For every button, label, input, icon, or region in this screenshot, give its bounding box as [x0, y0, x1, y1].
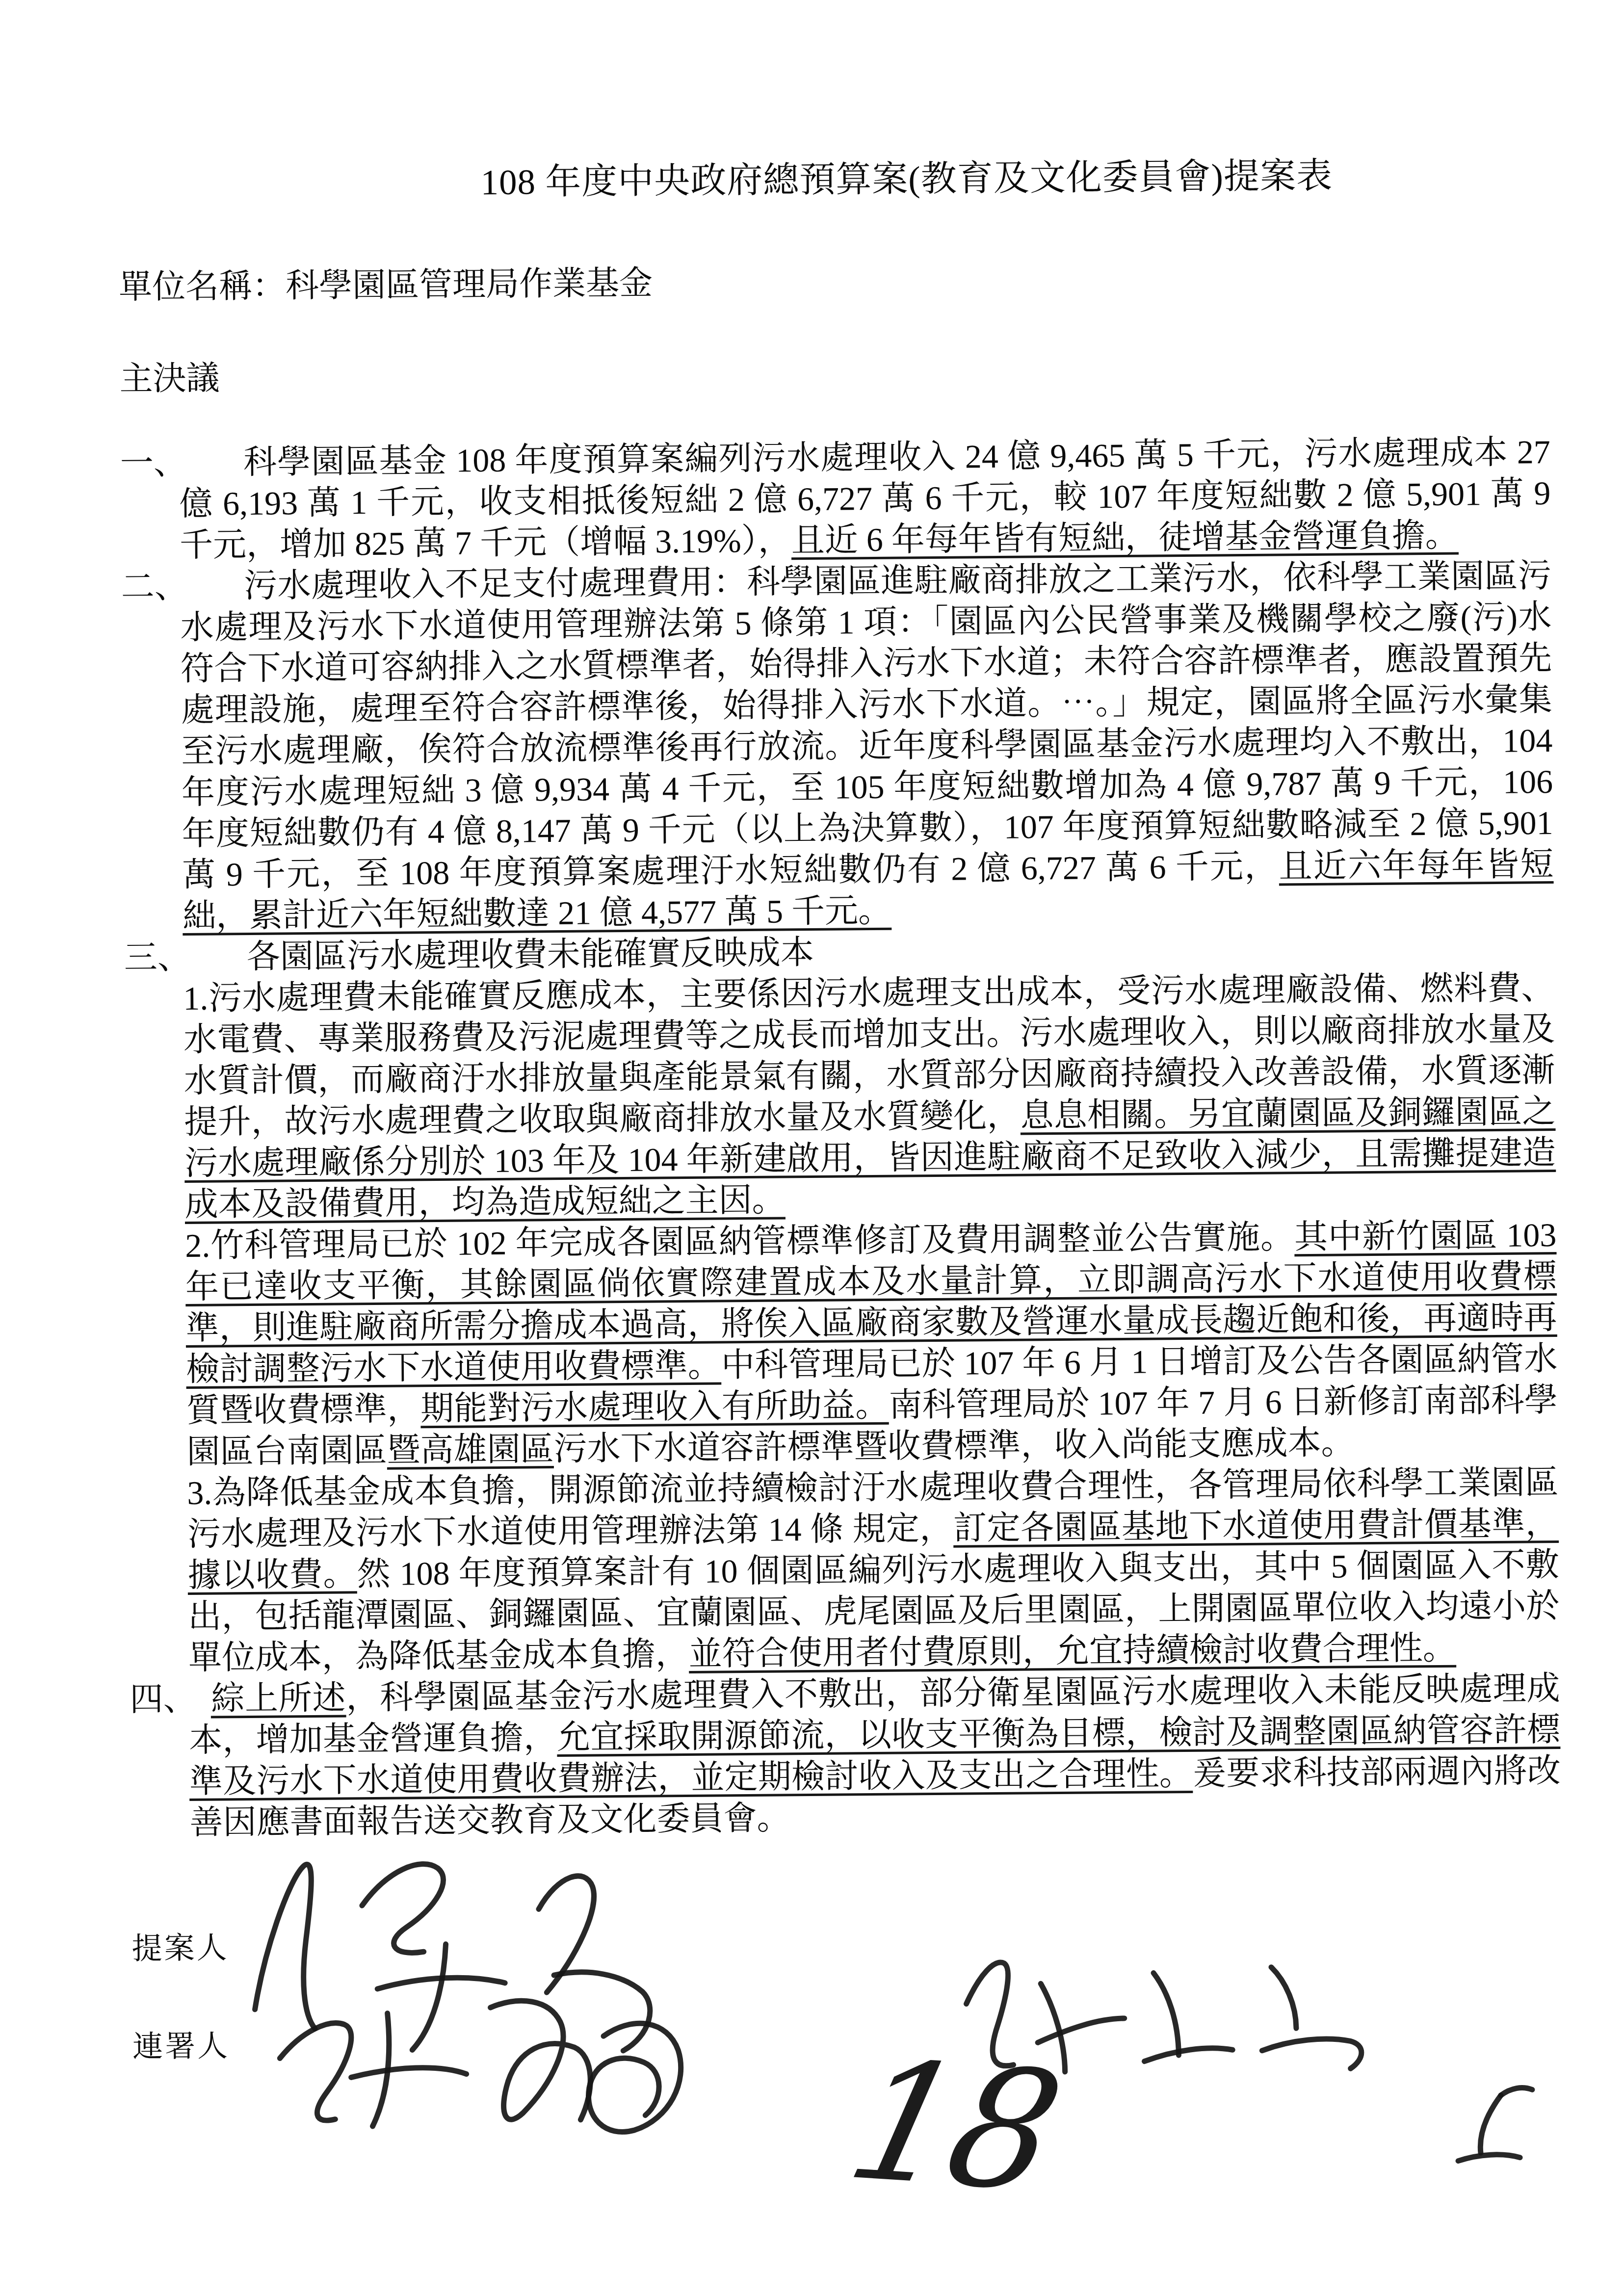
handwritten-page-number: 18: [836, 2037, 1071, 2216]
proposer-signature: [254, 1862, 650, 2054]
resolution-item-4: 四、綜上所述，科學園區基金污水處理費入不敷出，部分衛星園區污水處理收入未能反映處…: [130, 1668, 1561, 1844]
resolution-items: 一、科學園區基金 108 年度預算案編列污水處理收入 24 億 9,465 萬 …: [120, 431, 1561, 1844]
resolution-item-1: 一、科學園區基金 108 年度預算案編列污水處理收入 24 億 9,465 萬 …: [120, 431, 1551, 566]
item-1-marker: 一、: [120, 442, 243, 484]
item-4-text-a-underlined: 綜上所述: [210, 1679, 346, 1717]
unit-name: 單位名稱：科學園區管理局作業基金: [119, 255, 1549, 308]
item-1-text-underlined: 且近 6 年每年皆有短絀，徒增基金營運負擔。: [791, 517, 1459, 559]
sub-3-text-d-underlined: 並符合使用者付費原則，允宜持續檢討收費合理性。: [689, 1629, 1457, 1672]
signature-block: 提案人 連署人: [131, 1906, 1564, 2231]
item-4-marker: 四、: [130, 1678, 211, 1720]
resolution-item-3-sub-3: 3.為降低基金成本負擔，開源節流並持續檢討汙水處理收費合理性，各管理局依科學工業…: [128, 1461, 1560, 1679]
cosigner-label: 連署人: [132, 2028, 230, 2065]
item-3-marker: 三、: [124, 936, 247, 978]
sub-2-text-a: 2.竹科管理局已於 102 年完成各園區納管標準修訂及費用調整並公告實施。: [185, 1218, 1294, 1264]
document-content: 108 年度中央政府總預算案(教育及文化委員會)提案表 單位名稱：科學園區管理局…: [118, 151, 1564, 2231]
cosigner-signature: [279, 2000, 681, 2135]
corner-mark: [1458, 2087, 1533, 2161]
sub-2-text-d-underlined: 期能對污水處理收入有所助益。: [420, 1386, 889, 1427]
resolution-item-3-sub-2: 2.竹科管理局已於 102 年完成各園區納管標準修訂及費用調整並公告實施。其中新…: [126, 1214, 1558, 1473]
main-resolution-heading: 主決議: [119, 347, 1550, 399]
proposer-label: 提案人: [131, 1930, 229, 1967]
scanned-document-page: 108 年度中央政府總預算案(教育及文化委員會)提案表 單位名稱：科學園區管理局…: [0, 0, 1624, 2296]
resolution-item-2: 二、污水處理收入不足支付處理費用：科學園區進駐廠商排放之工業污水，依科學工業園區…: [121, 555, 1554, 937]
item-3-heading: 各園區污水處理收費未能確實反映成本: [246, 934, 814, 975]
item-2-text: 污水處理收入不足支付處理費用：科學園區進駐廠商排放之工業污水，依科學工業園區污水…: [180, 557, 1553, 893]
sub-2-text-f-underlined: 暨高雄園區: [387, 1430, 554, 1469]
resolution-item-3-sub-1: 1.污水處理費未能確實反應成本，主要係因污水處理支出成本，受污水處理廠設備、燃料…: [124, 967, 1556, 1226]
document-title: 108 年度中央政府總預算案(教育及文化委員會)提案表: [118, 151, 1548, 209]
sub-2-text-g: 污水下水道容許標準暨收費標準，收入尚能支應成本。: [553, 1424, 1355, 1467]
item-2-marker: 二、: [121, 565, 244, 607]
